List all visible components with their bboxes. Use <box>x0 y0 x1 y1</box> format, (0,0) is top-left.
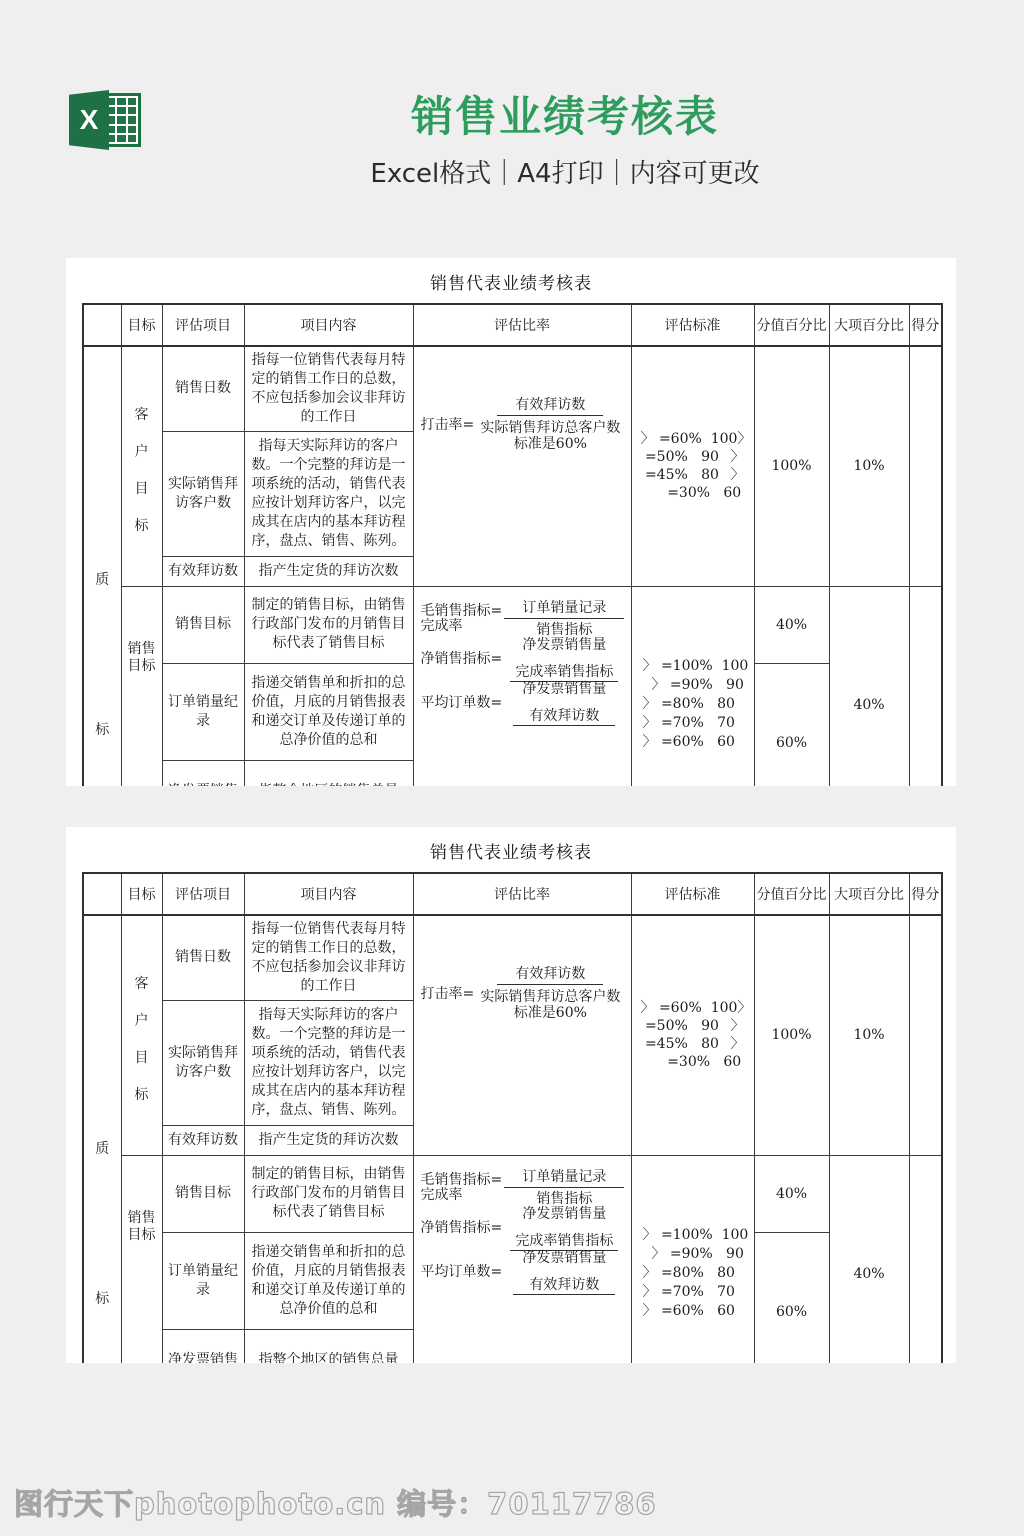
ratio-cell-s2: 毛销售指标= 完成率 订单销量记录 销售指标 净销售指标= 净发票销售量 完成率… <box>413 1155 631 1363</box>
ratio-note: 标准是60% <box>480 1005 620 1021</box>
group-customer-target: 客 户 目 标 <box>121 915 162 1155</box>
ratio-cell-s1: 打击率= 有效拜访数 实际销售拜访总客户数 标准是60% <box>413 915 631 1155</box>
col-header-target: 目标 <box>121 304 162 346</box>
content-cell: 制定的销售目标，由销售行政部门发布的月销售目标代表了销售目标 <box>244 586 413 663</box>
sheet-title: 销售代表业绩考核表 <box>66 827 956 862</box>
col-header-score: 得分 <box>909 304 942 346</box>
col-header-item: 评估项目 <box>162 873 244 915</box>
formula-denominator: 有效拜访数 <box>513 1278 615 1295</box>
formula-label: 完成率 <box>421 619 503 634</box>
ratio-numerator: 有效拜访数 <box>497 397 603 416</box>
header-row: 目标 评估项目 项目内容 评估比率 评估标准 分值百分比 大项百分比 得分 <box>83 304 942 346</box>
item-cell: 销售日数 <box>162 915 244 1000</box>
formula-label: 净销售指标= <box>421 1221 503 1236</box>
table-row: 质 标 客 户 目 标 销售日数 指每一位销售代表每月特定的销售工作日的总数，不… <box>83 915 942 1000</box>
formula-denominator: 有效拜访数 <box>513 709 615 726</box>
score-pct-cell-s2-top: 40% <box>754 586 829 663</box>
item-cell: 净发票销售 <box>162 1329 244 1363</box>
major-pct-cell-s1: 10% <box>829 346 909 586</box>
content-cell: 指整个地区的销售总量 <box>244 760 413 786</box>
col-header-score: 得分 <box>909 873 942 915</box>
content-cell: 指产生定货的拜访次数 <box>244 1125 413 1155</box>
col-header-major-pct: 大项百分比 <box>829 304 909 346</box>
col-header-content: 项目内容 <box>244 873 413 915</box>
score-pct-cell-s1: 100% <box>754 346 829 586</box>
item-cell: 实际销售拜访客户数 <box>162 431 244 556</box>
corner-cell <box>83 304 121 346</box>
major-pct-cell-s2: 40% <box>829 586 909 786</box>
item-cell: 订单销量纪录 <box>162 1232 244 1329</box>
formula-denominator: 销售指标 <box>536 1190 592 1207</box>
col-header-target: 目标 <box>121 873 162 915</box>
axis-cell: 质 标 <box>83 346 121 786</box>
standard-cell-s1: 〉 =60% 100〉 =50% 90〉 =45% 80〉 =30% 60 <box>631 915 754 1155</box>
ratio-denominator: 实际销售拜访总客户数 <box>480 420 620 436</box>
item-cell: 有效拜访数 <box>162 1125 244 1155</box>
preview-card-2: 销售代表业绩考核表 目标 评估项目 项目内容 评估比率 评估标准 分值百分比 大… <box>66 827 956 1363</box>
sheet-title: 销售代表业绩考核表 <box>66 258 956 293</box>
ratio-numerator: 有效拜访数 <box>497 966 603 985</box>
formula-denominator: 销售指标 <box>536 621 592 638</box>
formula-label: 完成率 <box>421 1188 503 1203</box>
ratio-label: 打击率= <box>421 417 475 433</box>
ratio-note: 标准是60% <box>480 436 620 452</box>
preview-card-1: 销售代表业绩考核表 目标 评估项目 项目内容 评估比率 评估标准 分值百分比 大… <box>66 258 956 786</box>
item-cell: 销售目标 <box>162 586 244 663</box>
col-header-standard: 评估标准 <box>631 304 754 346</box>
score-pct-cell-s1: 100% <box>754 915 829 1155</box>
item-cell: 销售日数 <box>162 346 244 431</box>
watermark: 图行天下photophoto.cn 编号：70117786 <box>14 1482 657 1523</box>
score-pct-cell-s2-bottom: 60% <box>754 1232 829 1363</box>
col-header-item: 评估项目 <box>162 304 244 346</box>
item-cell: 订单销量纪录 <box>162 663 244 760</box>
content-cell: 指每天实际拜访的客户数。一个完整的拜访是一项系统的活动，销售代表应按计划拜访客户… <box>244 431 413 556</box>
formula-numerator: 净发票销售量 <box>522 1207 606 1222</box>
formula-numerator: 订单销量记录 <box>504 601 624 619</box>
formula-numerator: 净发票销售量 <box>522 638 606 653</box>
assessment-table: 目标 评估项目 项目内容 评估比率 评估标准 分值百分比 大项百分比 得分 质 … <box>82 303 943 786</box>
formula-label: 平均订单数= <box>421 696 503 711</box>
group-customer-target: 客 户 目 标 <box>121 346 162 586</box>
axis-char-1: 质 <box>84 1138 121 1158</box>
score-cell-s1 <box>909 346 942 586</box>
ratio-label: 打击率= <box>421 986 475 1002</box>
formula-denominator: 完成率销售指标 <box>510 665 618 682</box>
score-cell-s2 <box>909 1155 942 1363</box>
score-cell-s1 <box>909 915 942 1155</box>
major-pct-cell-s2: 40% <box>829 1155 909 1363</box>
axis-char-2: 标 <box>84 1288 121 1308</box>
standard-cell-s1: 〉 =60% 100〉 =50% 90〉 =45% 80〉 =30% 60 <box>631 346 754 586</box>
group-sales-target: 销售 目标 <box>121 586 162 786</box>
content-cell: 制定的销售目标，由销售行政部门发布的月销售目标代表了销售目标 <box>244 1155 413 1232</box>
standard-cell-s2: 〉 =100% 100 〉 =90% 90 〉 =80% 80 〉 =70% 7… <box>631 1155 754 1363</box>
major-pct-cell-s1: 10% <box>829 915 909 1155</box>
content-cell: 指每天实际拜访的客户数。一个完整的拜访是一项系统的活动，销售代表应按计划拜访客户… <box>244 1000 413 1125</box>
content-cell: 指产生定货的拜访次数 <box>244 556 413 586</box>
page-title: 销售业绩考核表 <box>106 84 1024 144</box>
content-cell: 指整个地区的销售总量 <box>244 1329 413 1363</box>
excel-letter: X <box>80 104 99 136</box>
col-header-ratio: 评估比率 <box>413 873 631 915</box>
ratio-cell-s2: 毛销售指标= 完成率 订单销量记录 销售指标 净销售指标= 净发票销售量 完成率… <box>413 586 631 786</box>
col-header-standard: 评估标准 <box>631 873 754 915</box>
table-row: 销售 目标 销售目标 制定的销售目标，由销售行政部门发布的月销售目标代表了销售目… <box>83 586 942 663</box>
axis-cell: 质 标 <box>83 915 121 1363</box>
axis-char-1: 质 <box>84 569 121 589</box>
col-header-ratio: 评估比率 <box>413 304 631 346</box>
formula-label: 毛销售指标= <box>421 604 503 619</box>
standard-cell-s2: 〉 =100% 100 〉 =90% 90 〉 =80% 80 〉 =70% 7… <box>631 586 754 786</box>
col-header-content: 项目内容 <box>244 304 413 346</box>
score-pct-cell-s2-bottom: 60% <box>754 663 829 786</box>
item-cell: 销售目标 <box>162 1155 244 1232</box>
col-header-score-pct: 分值百分比 <box>754 304 829 346</box>
item-cell: 净发票销售 <box>162 760 244 786</box>
item-cell: 有效拜访数 <box>162 556 244 586</box>
content-cell: 指每一位销售代表每月特定的销售工作日的总数，不应包括参加会议非拜访的工作日 <box>244 915 413 1000</box>
table-row: 销售 目标 销售目标 制定的销售目标，由销售行政部门发布的月销售目标代表了销售目… <box>83 1155 942 1232</box>
formula-denominator: 完成率销售指标 <box>510 1234 618 1251</box>
excel-x-icon: X <box>69 90 109 150</box>
formula-numerator: 净发票销售量 <box>522 682 606 697</box>
page-subtitle: Excel格式｜A4打印｜内容可更改 <box>106 153 1024 190</box>
group-sales-target: 销售 目标 <box>121 1155 162 1363</box>
formula-label: 净销售指标= <box>421 652 503 667</box>
content-cell: 指递交销售单和折扣的总价值，月底的月销售报表和递交订单及传递订单的总净价值的总和 <box>244 1232 413 1329</box>
ratio-cell-s1: 打击率= 有效拜访数 实际销售拜访总客户数 标准是60% <box>413 346 631 586</box>
formula-numerator: 净发票销售量 <box>522 1251 606 1266</box>
formula-label: 平均订单数= <box>421 1265 503 1280</box>
formula-numerator: 订单销量记录 <box>504 1170 624 1188</box>
col-header-major-pct: 大项百分比 <box>829 873 909 915</box>
corner-cell <box>83 873 121 915</box>
item-cell: 实际销售拜访客户数 <box>162 1000 244 1125</box>
score-pct-cell-s2-top: 40% <box>754 1155 829 1232</box>
table-row: 质 标 客 户 目 标 销售日数 指每一位销售代表每月特定的销售工作日的总数，不… <box>83 346 942 431</box>
axis-char-2: 标 <box>84 719 121 739</box>
content-cell: 指每一位销售代表每月特定的销售工作日的总数，不应包括参加会议非拜访的工作日 <box>244 346 413 431</box>
col-header-score-pct: 分值百分比 <box>754 873 829 915</box>
formula-label: 毛销售指标= <box>421 1173 503 1188</box>
ratio-denominator: 实际销售拜访总客户数 <box>480 989 620 1005</box>
assessment-table: 目标 评估项目 项目内容 评估比率 评估标准 分值百分比 大项百分比 得分 质 … <box>82 872 943 1363</box>
header-row: 目标 评估项目 项目内容 评估比率 评估标准 分值百分比 大项百分比 得分 <box>83 873 942 915</box>
score-cell-s2 <box>909 586 942 786</box>
content-cell: 指递交销售单和折扣的总价值，月底的月销售报表和递交订单及传递订单的总净价值的总和 <box>244 663 413 760</box>
